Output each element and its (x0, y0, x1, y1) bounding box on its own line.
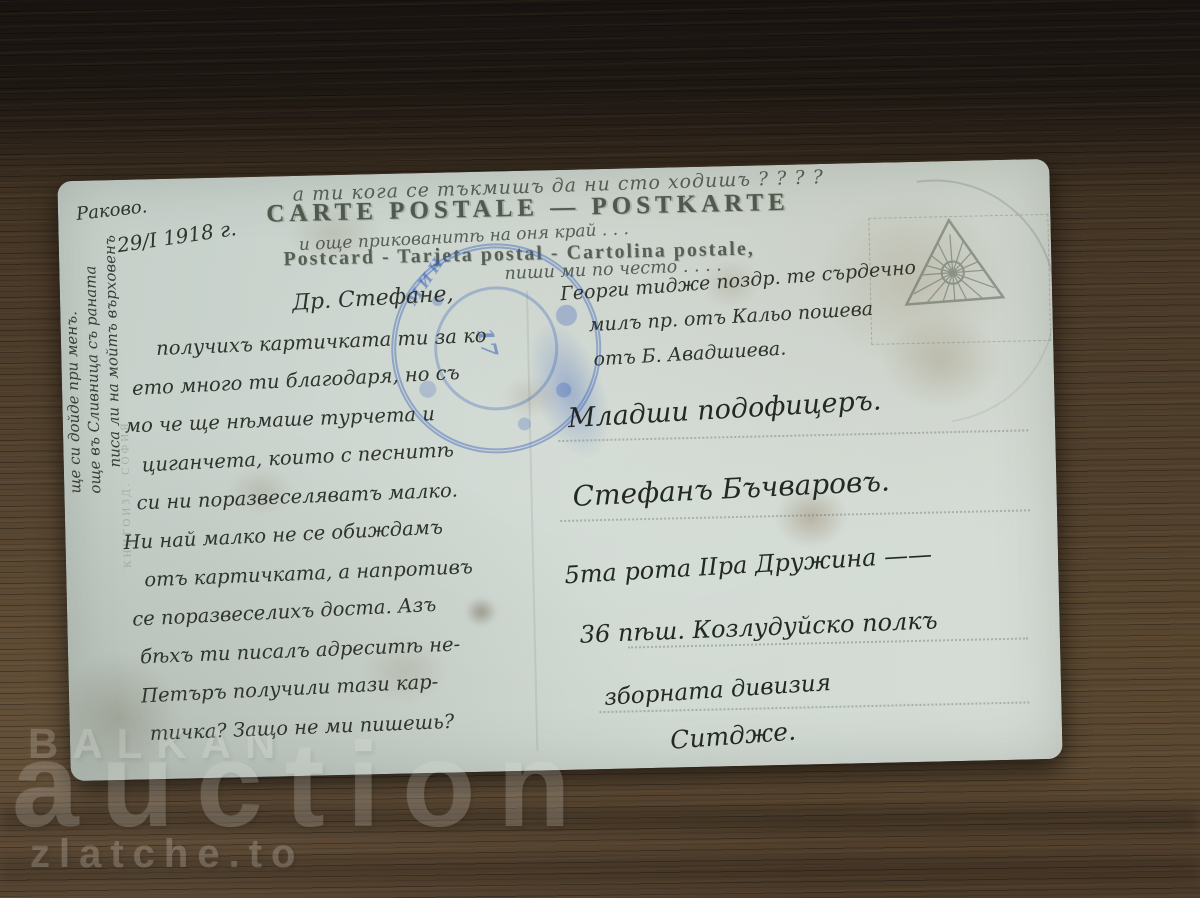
postcard: CARTE POSTALE — POSTKARTE Postcard - Tar… (57, 159, 1062, 781)
address-signoff: Ситдже. (669, 716, 797, 754)
message-line: Ни най малко не се обиждамъ (123, 516, 443, 555)
margin-line: писа ли на мойтъ върховенъ (101, 235, 124, 468)
message-line: мо че ще нѣмаше турчета и (124, 402, 435, 437)
message-line: си ни поразвеселяватъ малко. (136, 479, 458, 515)
watermark-site: zlatche.to (30, 832, 304, 877)
stain (462, 594, 501, 629)
greeting-note-line: отъ Б. Авадшиева. (593, 337, 787, 370)
margin-line: ще си дойде при менъ. (62, 311, 84, 494)
address-line: 5та рота IIра Дружина —— (564, 540, 933, 589)
margin-line: още въ Сливница съ раната (81, 265, 104, 493)
address-line: зборната дивизия (603, 670, 831, 711)
auction-photo: CARTE POSTALE — POSTKARTE Postcard - Tar… (0, 0, 1200, 898)
message-line: циганчета, които с песнитѣ (141, 438, 454, 476)
address-rule (558, 429, 1028, 442)
message-line: отъ картичката, а напротивъ (144, 555, 473, 591)
message-line: се поразвеселихъ доста. Азъ (132, 593, 437, 631)
address-line: Младши подофицеръ. (567, 385, 882, 434)
place-name: Раково. (75, 196, 148, 225)
